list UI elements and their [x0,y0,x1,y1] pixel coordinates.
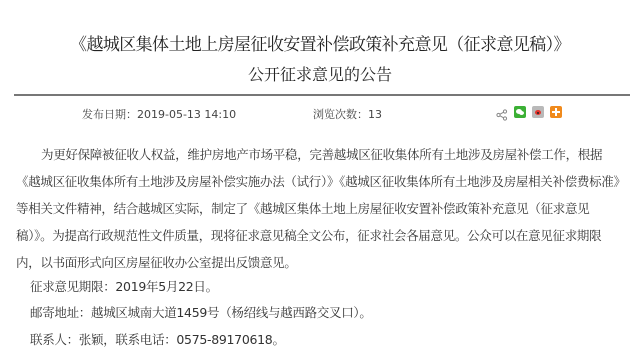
address-line: 邮寄地址：越城区城南大道1459号（杨绍线与越西路交叉口）。 [30,303,372,321]
deadline-line: 征求意见期限：2019年5月22日。 [30,277,218,295]
article-body: 为更好保障被征收人权益，维护房地产市场平稳，完善越城区征收集体所有土地涉及房屋补… [16,141,622,276]
weibo-icon[interactable] [532,106,544,118]
share-icon[interactable] [496,106,508,118]
more-plus-icon[interactable] [550,106,562,118]
contact-line: 联系人：张颖，联系电话：0575-89170618。 [30,330,285,348]
view-count: 浏览次数：13 [313,106,382,122]
intro-paragraph: 为更好保障被征收人权益，维护房地产市场平稳，完善越城区征收集体所有土地涉及房屋补… [16,141,622,276]
wechat-icon[interactable] [514,106,526,118]
page-subtitle: 公开征求意见的公告 [0,62,640,85]
divider [14,94,630,96]
page-title: 《越城区集体土地上房屋征收安置补偿政策补充意见（征求意见稿）》 [0,30,640,55]
publish-date: 发布日期：2019-05-13 14:10 [82,106,236,122]
share-bar [496,106,562,118]
